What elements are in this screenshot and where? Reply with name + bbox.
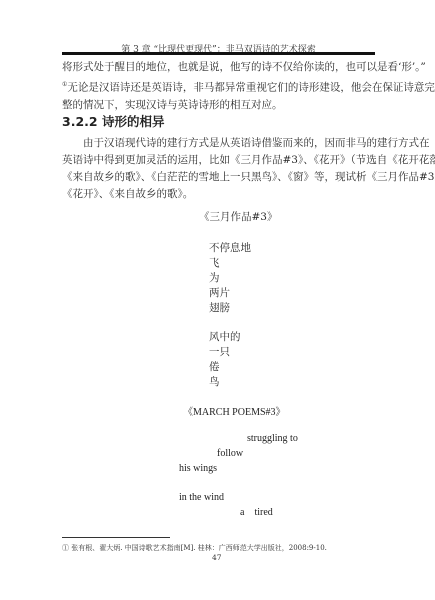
intro-line-1: 将形式处于醒目的地位，也就是说，他写的诗不仅给你读的，也可以是看‘形’。” [62, 59, 375, 76]
poem-en-line: follow [217, 448, 243, 459]
poem-en-line: in the wind [179, 492, 224, 503]
footnote-rule [62, 537, 170, 538]
intro-line-3: 整的情况下，实现汉诗与英诗诗形的相互对应。 [62, 97, 375, 114]
intro-paragraph: 将形式处于醒目的地位，也就是说，他写的诗不仅给你读的，也可以是看‘形’。” ①无… [62, 59, 375, 114]
para-line-1: 由于汉语现代诗的建行方式是从英语诗借鉴而来的，因而非马的建行方式在 [62, 135, 375, 152]
para-line-3: 《来自故乡的歌》、《白茫茫的雪地上一只黑鸟》、《窗》等，现试析《三月作品#3》、 [62, 169, 375, 186]
poem-zh-line: 倦 [209, 359, 220, 374]
poem-zh-line: 一只 [209, 344, 230, 359]
para-line-2: 英语诗中得到更加灵活的运用，比如《三月作品#3》、《花开》（节选自《花开花落》）… [62, 152, 375, 169]
para-line-4: 《花开》、《来自故乡的歌》。 [62, 186, 375, 203]
header-rule [62, 52, 375, 55]
poem-en-line: his wings [179, 463, 217, 474]
poem-en-line: struggling to [247, 433, 298, 444]
page-number: 47 [212, 553, 222, 562]
section-heading: 3.2.2 诗形的相异 [62, 112, 164, 130]
footnote: ① 张有根、翟大炳. 中国诗歌艺术指南[M]. 桂林：广西师范大学出版社，200… [62, 543, 327, 553]
poem-en-line: a tired [240, 507, 273, 518]
poem-zh-line: 两片 [209, 285, 230, 300]
intro-line-2: ①无论是汉语诗还是英语诗，非马都异常重视它们的诗形建设，他会在保证诗意完 [62, 76, 375, 97]
poem-zh-title: 《三月作品#3》 [199, 209, 277, 224]
poem-zh-line: 翅膀 [209, 300, 230, 315]
poem-en-title: 《MARCH POEMS#3》 [183, 403, 286, 418]
poem-zh-line: 不停息地 [209, 240, 251, 255]
poem-zh-line: 飞 [209, 255, 220, 270]
body-paragraph: 由于汉语现代诗的建行方式是从英语诗借鉴而来的，因而非马的建行方式在 英语诗中得到… [62, 135, 375, 203]
poem-zh-line: 鸟 [209, 374, 220, 389]
poem-zh-line: 为 [209, 270, 220, 285]
poem-zh-line: 风中的 [209, 329, 241, 344]
